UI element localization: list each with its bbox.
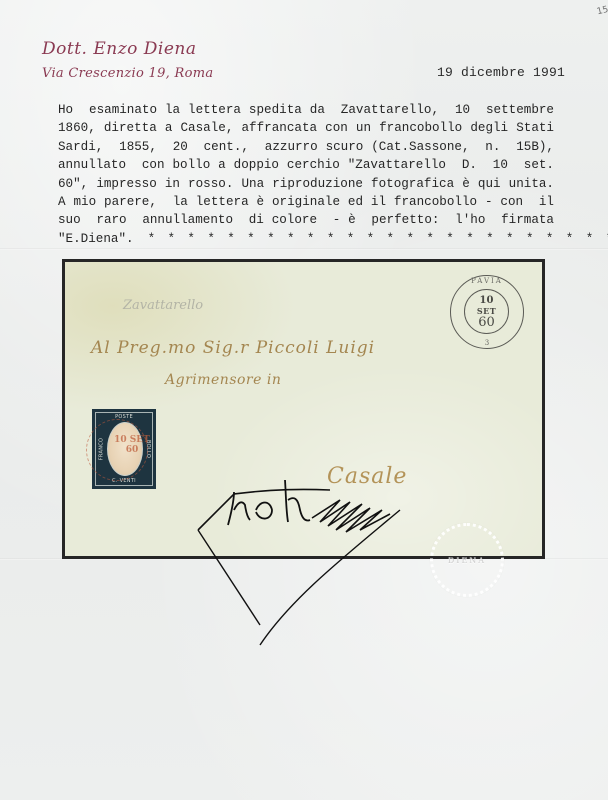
certificate-text: Ho esaminato la lettera spedita da Zavat…	[58, 101, 554, 248]
certificate-date: 19 dicembre 1991	[437, 65, 565, 80]
text-line: suo raro annullamento di colore - è perf…	[58, 211, 554, 229]
text-line: 60", impresso in rosso. Una riproduzione…	[58, 175, 554, 193]
text-line: 1860, diretta a Casale, affrancata con u…	[58, 119, 554, 137]
recipient-title: Agrimensore in	[165, 372, 281, 388]
recipient-name: Al Preg.mo Sig.r Piccoli Luigi	[91, 338, 375, 358]
postmark-year: 60	[478, 317, 495, 328]
star-separator: * * * * * * * * * * * * * * * * * * * * …	[148, 232, 608, 246]
text-line-final: "E.Diena".* * * * * * * * * * * * * * * …	[58, 230, 554, 248]
text-line: annullato con bollo a doppio cerchio "Za…	[58, 156, 554, 174]
postmark-date: 10 SET 60	[464, 289, 509, 334]
expert-address: Via Crescenzio 19, Roma	[42, 66, 213, 81]
postmark: PAVIA 10 SET 60 3	[450, 275, 524, 349]
postage-stamp: POSTE FRANCO BOLLO C. VENTI 10 SET 60	[92, 409, 156, 489]
text-line: Ho esaminato la lettera spedita da Zavat…	[58, 101, 554, 119]
text-line: A mio parere, la lettera è originale ed …	[58, 193, 554, 211]
postmark-day: 10	[480, 295, 494, 306]
letter-photograph: Zavattarello Al Preg.mo Sig.r Piccoli Lu…	[62, 259, 545, 559]
cancellation-text: 10 SET 60	[108, 435, 156, 455]
emboss-text: DIENA	[433, 556, 501, 565]
destination-city: Casale	[327, 464, 407, 489]
letterhead: Dott. Enzo Diena Via Crescenzio 19, Roma	[42, 38, 213, 81]
origin-note: Zavattarello	[123, 298, 203, 313]
signature-mention: "E.Diena".	[58, 232, 134, 246]
postmark-town: PAVIA	[451, 277, 523, 285]
postmark-code: 3	[451, 339, 523, 347]
text-line: Sardi, 1855, 20 cent., azzurro scuro (Ca…	[58, 138, 554, 156]
fold-line	[0, 248, 608, 250]
expert-name: Dott. Enzo Diena	[42, 38, 213, 60]
embossed-seal: DIENA	[430, 523, 504, 597]
